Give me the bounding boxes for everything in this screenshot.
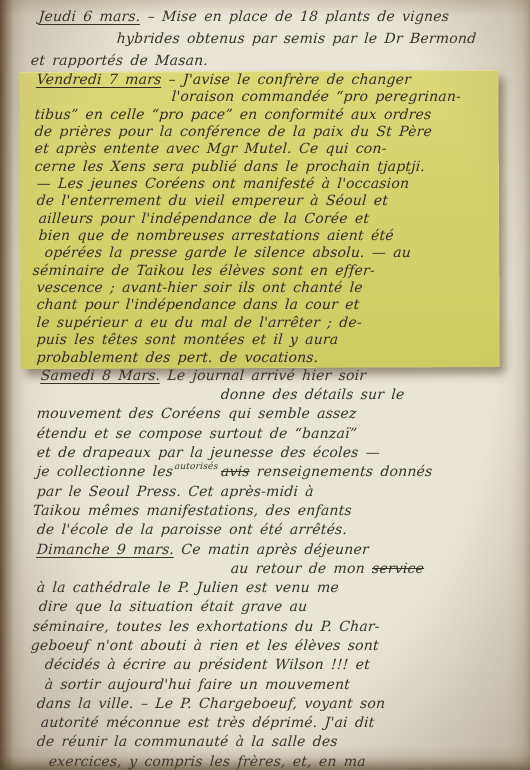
handwritten-text: le supérieur a eu du mal de l'arrêter ; … xyxy=(36,315,362,331)
handwritten-text: probablement des pert. de vocations. xyxy=(36,350,319,366)
manuscript-line: autorité méconnue est très déprimé. J'ai… xyxy=(40,714,513,733)
handwritten-text: étendu et se compose surtout de “banzaï” xyxy=(36,426,357,442)
manuscript-line: geboeuf n'ont abouti à rien et les élève… xyxy=(30,637,513,656)
handwritten-text: — Les jeunes Coréens ont manifesté à l'o… xyxy=(36,176,410,192)
manuscript-line: et rapportés de Masan. xyxy=(30,50,514,72)
manuscript-line: par le Seoul Press. Cet après-midi à xyxy=(36,483,513,502)
handwritten-text: Ce matin après déjeuner xyxy=(174,542,370,558)
manuscript-line: et de drapeaux par la jeunesse des école… xyxy=(36,444,513,463)
manuscript-line: probablement des pert. de vocations. xyxy=(36,350,513,367)
manuscript-line: étendu et se compose surtout de “banzaï” xyxy=(36,425,513,444)
handwritten-text: à sortir aujourd'hui faire un mouvement xyxy=(44,677,350,693)
manuscript-line: vescence ; avant-hier soir ils ont chant… xyxy=(36,280,513,297)
handwritten-text: de réunir la communauté à la salle des xyxy=(36,734,338,750)
manuscript-line: le supérieur a eu du mal de l'arrêter ; … xyxy=(36,315,513,332)
manuscript-text: Jeudi 6 mars. – Mise en place de 18 plan… xyxy=(0,0,530,770)
entry-date: Dimanche 9 mars. xyxy=(36,542,175,558)
manuscript-line: dans la ville. – Le P. Chargeboeuf, voya… xyxy=(36,695,513,714)
manuscript-line: dire que la situation était grave au xyxy=(38,598,513,617)
manuscript-line: tibus” en celle “pro pace” en conformité… xyxy=(34,107,513,124)
manuscript-line: Samedi 8 Mars. Le journal arrivé hier so… xyxy=(40,367,513,386)
handwritten-text: séminaire, toutes les exhortations du P.… xyxy=(32,619,380,635)
manuscript-line: — Les jeunes Coréens ont manifesté à l'o… xyxy=(36,176,513,193)
entry-date: Samedi 8 Mars. xyxy=(40,368,161,384)
manuscript-line: décidés à écrire au président Wilson !!!… xyxy=(44,656,513,675)
manuscript-line: de prières pour la conférence de la paix… xyxy=(34,124,513,141)
manuscript-line: bien que de nombreuses arrestations aien… xyxy=(38,228,513,245)
manuscript-line: mouvement des Coréens qui semble assez xyxy=(36,405,513,424)
handwritten-text: opérées la presse garde le silence absol… xyxy=(44,245,411,261)
manuscript-line: Vendredi 7 mars – J'avise le confrère de… xyxy=(36,72,513,89)
handwritten-text: hybrides obtenus par semis par le Dr Ber… xyxy=(116,31,477,47)
handwritten-text: l'oraison commandée “pro peregrinan- xyxy=(171,89,461,105)
entry-date: Jeudi 6 mars. xyxy=(38,9,141,25)
handwritten-text: ailleurs pour l'indépendance de la Corée… xyxy=(38,211,370,227)
manuscript-line: donne des détails sur le xyxy=(220,386,513,405)
handwritten-text: – Mise en place de 18 plants de vignes xyxy=(140,9,450,25)
handwritten-text: mouvement des Coréens qui semble assez xyxy=(36,406,357,422)
handwritten-text: par le Seoul Press. Cet après-midi à xyxy=(36,484,314,500)
handwritten-text: service xyxy=(371,561,424,577)
handwritten-text: vescence ; avant-hier soir ils ont chant… xyxy=(36,280,363,296)
handwritten-text: bien que de nombreuses arrestations aien… xyxy=(38,228,394,244)
handwritten-text: autorité méconnue est très déprimé. J'ai… xyxy=(40,715,375,731)
scanned-diary-page: Jeudi 6 mars. – Mise en place de 18 plan… xyxy=(0,0,530,770)
handwritten-text: je collectionne les xyxy=(36,464,174,480)
handwritten-text: chant pour l'indépendance dans la cour e… xyxy=(36,297,360,313)
manuscript-line: chant pour l'indépendance dans la cour e… xyxy=(36,297,513,314)
handwritten-text: de prières pour la conférence de la paix… xyxy=(34,124,432,140)
handwritten-text: geboeuf n'ont abouti à rien et les élève… xyxy=(30,638,379,654)
manuscript-line: de l'enterrement du vieil empereur à Séo… xyxy=(36,193,513,210)
manuscript-line: séminaire, toutes les exhortations du P.… xyxy=(32,618,513,637)
handwritten-text: cerne les Xens sera publié dans le proch… xyxy=(34,159,426,175)
handwritten-text: dire que la situation était grave au xyxy=(38,599,308,615)
manuscript-line: et après entente avec Mgr Mutel. Ce qui … xyxy=(34,141,513,158)
manuscript-line: exercices, y compris les frères, et, en … xyxy=(48,753,513,770)
manuscript-line: ailleurs pour l'indépendance de la Corée… xyxy=(38,211,513,228)
entry-date: Vendredi 7 mars xyxy=(36,72,162,88)
manuscript-line: Jeudi 6 mars. – Mise en place de 18 plan… xyxy=(38,6,514,28)
manuscript-line: hybrides obtenus par semis par le Dr Ber… xyxy=(116,28,514,50)
handwritten-text: Le journal arrivé hier soir xyxy=(160,368,367,384)
handwritten-text: et rapportés de Masan. xyxy=(30,53,208,69)
manuscript-line: au retour de mon service xyxy=(230,560,513,579)
handwritten-text: à la cathédrale le P. Julien est venu me xyxy=(36,580,339,596)
handwritten-text: avis xyxy=(220,464,250,480)
manuscript-line: séminaire de Taikou les élèves sont en e… xyxy=(32,263,513,280)
handwritten-text: tibus” en celle “pro pace” en conformité… xyxy=(34,107,432,123)
handwritten-text: décidés à écrire au président Wilson !!!… xyxy=(44,657,370,673)
handwritten-text: puis les têtes sont montées et il y aura xyxy=(36,332,339,348)
handwritten-text: dans la ville. – Le P. Chargeboeuf, voya… xyxy=(36,696,386,712)
manuscript-line: à la cathédrale le P. Julien est venu me xyxy=(36,579,513,598)
manuscript-line: de l'école de la paroisse ont été arrêté… xyxy=(36,521,513,540)
handwritten-text: autorisés xyxy=(174,462,218,472)
handwritten-text: séminaire de Taikou les élèves sont en e… xyxy=(32,263,375,279)
manuscript-line: à sortir aujourd'hui faire un mouvement xyxy=(44,676,513,695)
manuscript-line: de réunir la communauté à la salle des xyxy=(36,733,513,752)
handwritten-text: au retour de mon xyxy=(230,561,372,577)
manuscript-line: cerne les Xens sera publié dans le proch… xyxy=(34,159,513,176)
handwritten-text: et après entente avec Mgr Mutel. Ce qui … xyxy=(34,141,387,157)
handwritten-text: de l'enterrement du vieil empereur à Séo… xyxy=(36,193,389,209)
handwritten-text: donne des détails sur le xyxy=(220,387,405,403)
manuscript-line: opérées la presse garde le silence absol… xyxy=(44,245,513,262)
manuscript-line: Dimanche 9 mars. Ce matin après déjeuner xyxy=(36,541,513,560)
handwritten-text: renseignements donnés xyxy=(249,464,433,480)
manuscript-line: je collectionne lesautorisésavis renseig… xyxy=(36,463,513,482)
manuscript-line: puis les têtes sont montées et il y aura xyxy=(36,332,513,349)
handwritten-text: exercices, y compris les frères, et, en … xyxy=(48,754,366,770)
handwritten-text: Taikou mêmes manifestations, des enfants xyxy=(32,503,352,519)
manuscript-line: Taikou mêmes manifestations, des enfants xyxy=(32,502,513,521)
handwritten-text: de l'école de la paroisse ont été arrêté… xyxy=(36,522,348,538)
manuscript-line: l'oraison commandée “pro peregrinan- xyxy=(171,89,513,106)
handwritten-text: – J'avise le confrère de changer xyxy=(161,72,412,88)
handwritten-text: et de drapeaux par la jeunesse des école… xyxy=(36,445,380,461)
